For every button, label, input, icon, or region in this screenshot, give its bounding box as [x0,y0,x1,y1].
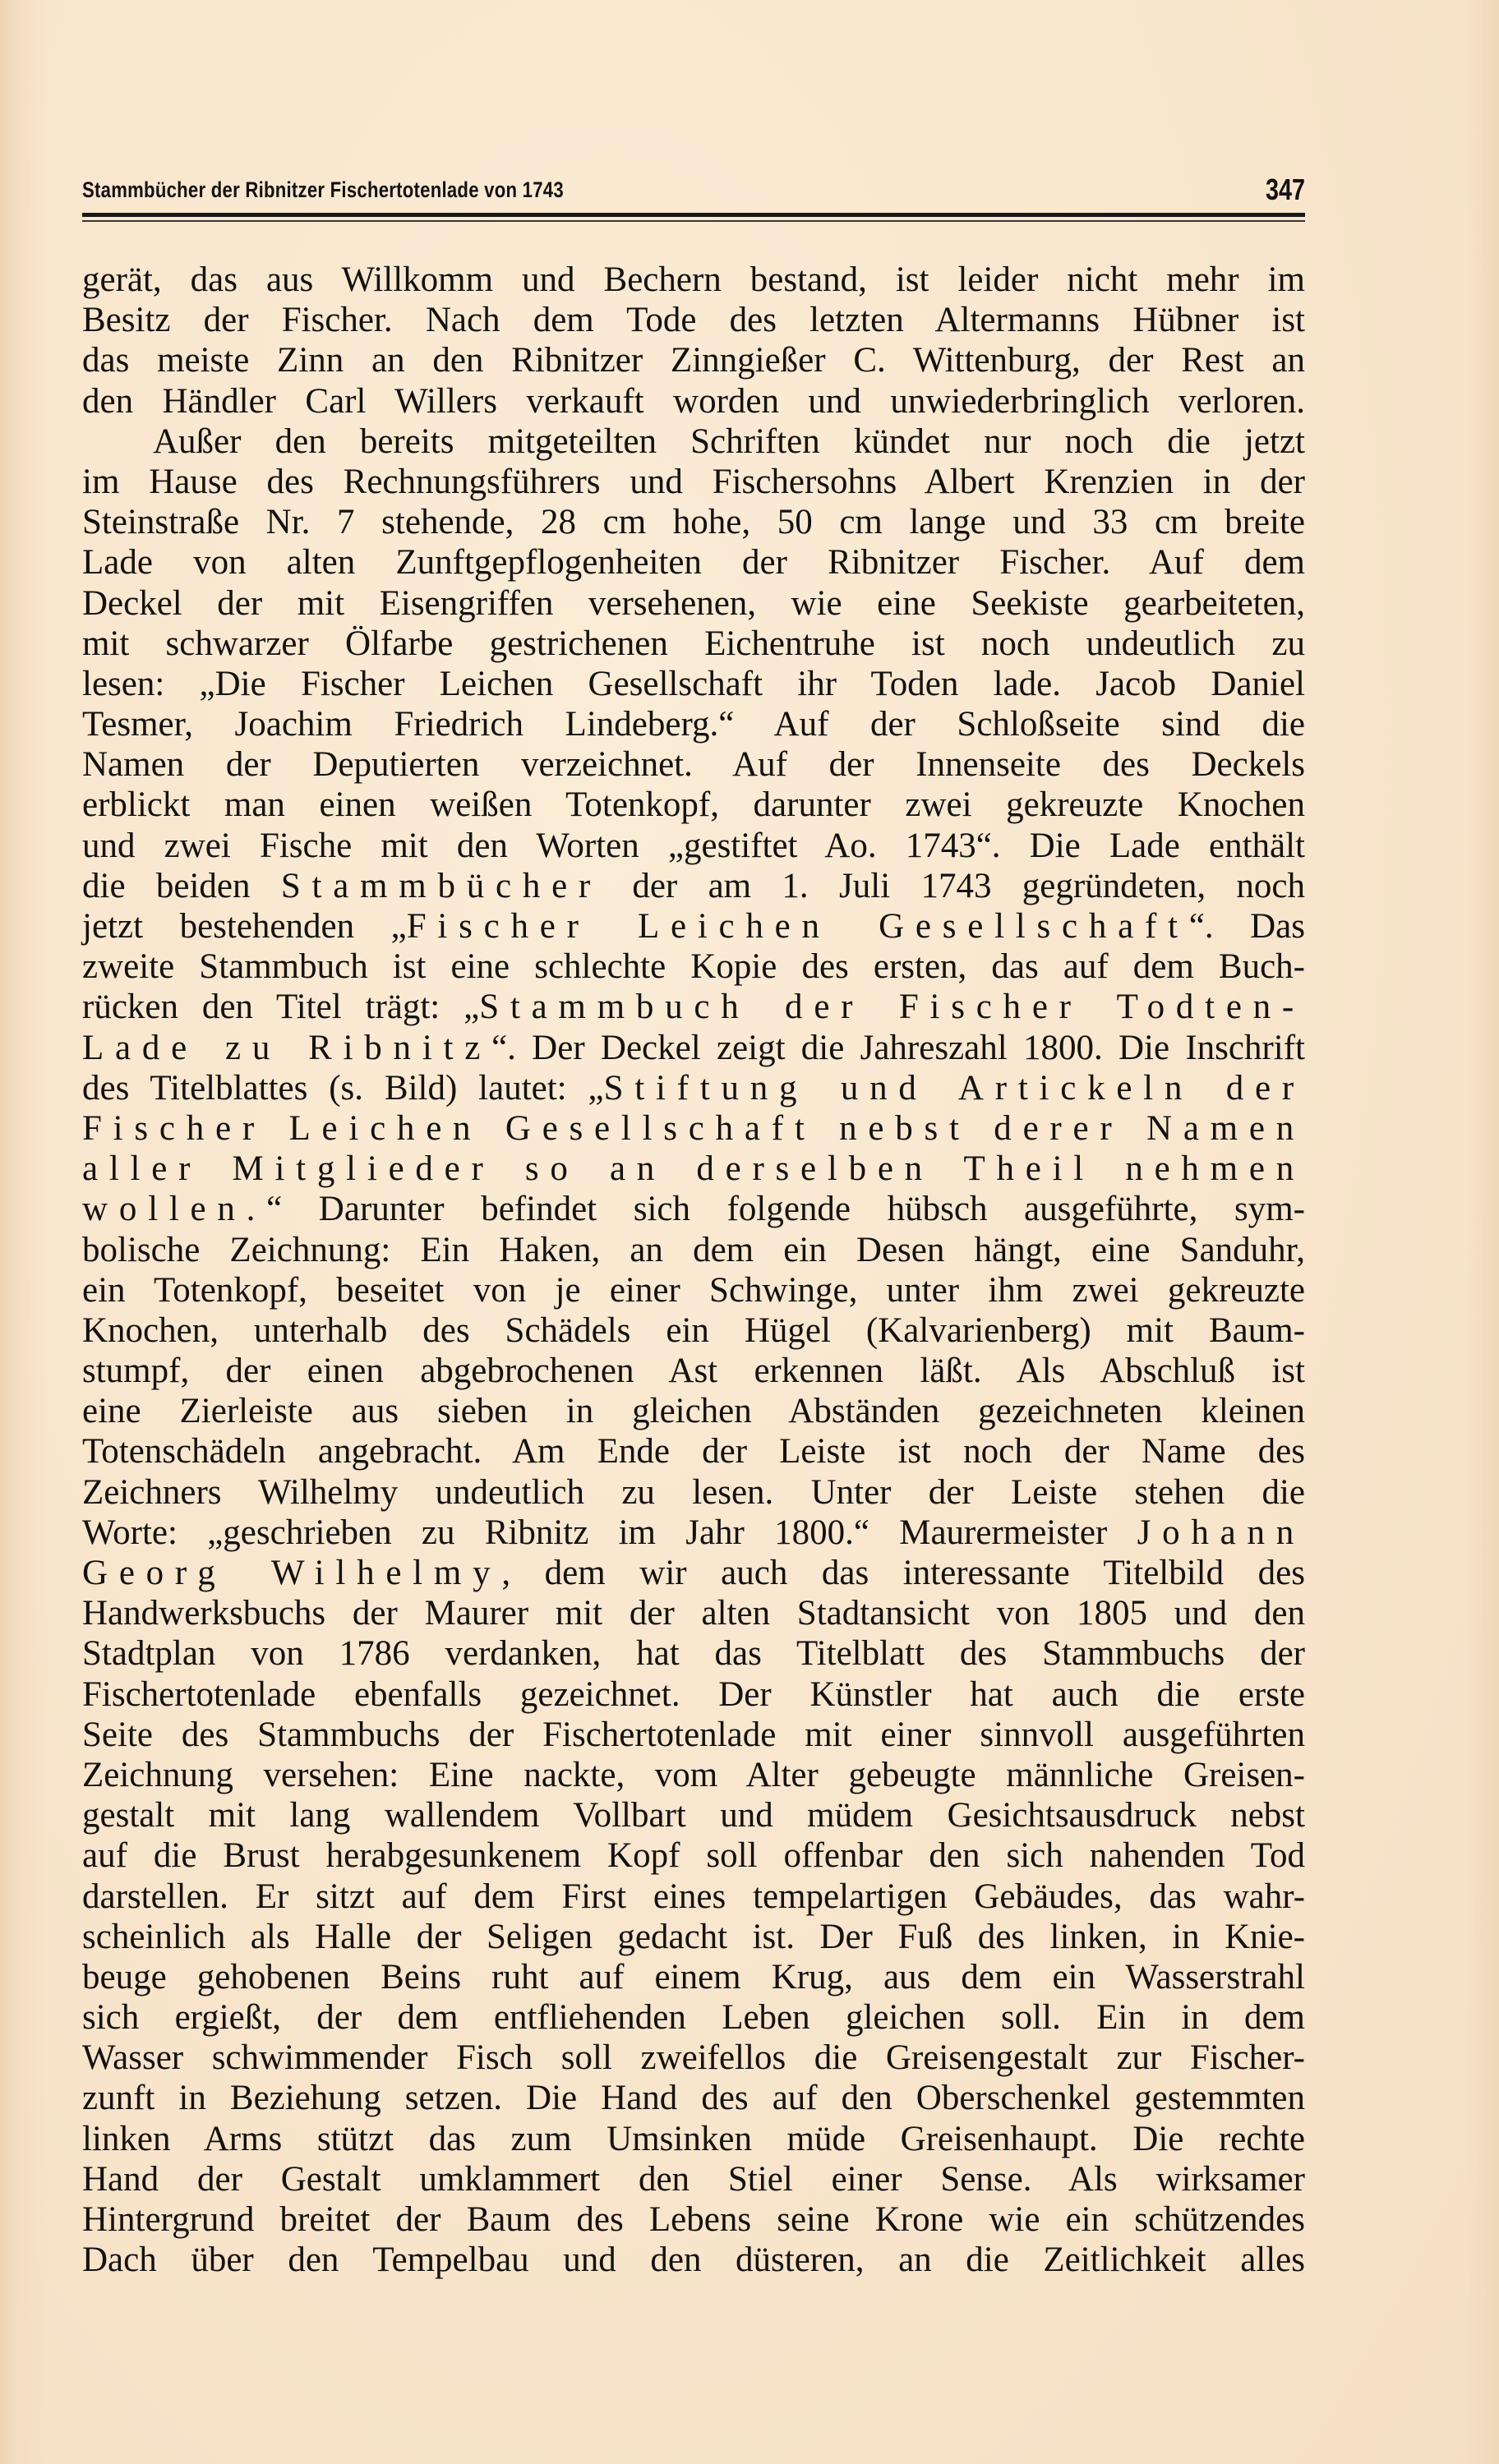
text-line: lesen: „Die Fischer Leichen Gesellschaft… [82,664,1305,704]
spaced-emphasis-text: Johann [1137,1513,1305,1552]
text-line: darstellen. Er sitzt auf dem First eines… [82,1877,1305,1917]
text-line: Hand der Gestalt umklammert den Stiel ei… [82,2159,1305,2199]
text-line: und zwei Fische mit den Worten „gestifte… [82,826,1305,866]
text-line: Seite des Stammbuchs der Fischertotenlad… [82,1715,1305,1755]
text-line: Handwerksbuchs der Maurer mit der alten … [82,1593,1305,1633]
body-text: gerät, das aus Willkomm und Bechern best… [82,260,1305,2280]
text-segment: Lade von alten Zunftgepflogenheiten der … [82,543,1305,582]
text-segment: mit schwarzer Ölfarbe gestrichenen Eiche… [82,624,1305,663]
text-segment: bolische Zeichnung: Ein Haken, an dem ei… [82,1231,1305,1269]
text-segment: gerät, das aus Willkomm und Bechern best… [82,260,1305,299]
text-segment: “. Das [1189,907,1305,946]
text-segment: den Händler Carl Willers verkauft worden… [82,382,1305,421]
text-line: Tesmer, Joachim Friedrich Lindeberg.“ Au… [82,704,1305,744]
text-line: gerät, das aus Willkomm und Bechern best… [82,260,1305,300]
text-line: Namen der Deputierten verzeichnet. Auf d… [82,744,1305,785]
text-line: Außer den bereits mitgeteilten Schriften… [82,421,1305,462]
text-segment: Zeichners Wilhelmy undeutlich zu lesen. … [82,1473,1305,1512]
text-segment: Hintergrund breitet der Baum des Lebens … [82,2200,1305,2239]
text-line: Georg Wilhelmy, dem wir auch das interes… [82,1553,1305,1593]
text-line: eine Zierleiste aus sieben in gleichen A… [82,1391,1305,1431]
header-rule-thin [82,220,1305,222]
text-segment: Worte: „geschrieben zu Ribnitz im Jahr 1… [82,1513,1137,1552]
text-line: im Hause des Rechnungsführers und Fische… [82,462,1305,502]
text-segment: das meiste Zinn an den Ribnitzer Zinngie… [82,341,1305,380]
text-segment: , dem wir auch das interessante Titelbil… [501,1554,1305,1592]
text-line: Wasser schwimmender Fisch soll zweifello… [82,2038,1305,2078]
text-segment: Hand der Gestalt umklammert den Stiel ei… [82,2160,1305,2199]
running-title: Stammbücher der Ribnitzer Fischertotenla… [82,177,564,202]
text-segment: Fischertotenlade ebenfalls gezeichnet. D… [82,1675,1305,1714]
text-segment: und zwei Fische mit den Worten „gestifte… [82,827,1305,865]
page-number: 347 [1266,174,1305,205]
text-line: Deckel der mit Eisengriffen versehenen, … [82,583,1305,624]
text-segment: gestalt mit lang wallendem Vollbart und … [82,1796,1305,1835]
text-line: scheinlich als Halle der Seligen gedacht… [82,1917,1305,1957]
text-line: Fischer Leichen Gesellschaft nebst derer… [82,1108,1305,1149]
spaced-emphasis-text: wollen. [82,1190,266,1228]
text-segment: darstellen. Er sitzt auf dem First eines… [82,1877,1305,1916]
text-segment: Deckel der mit Eisengriffen versehenen, … [82,584,1305,623]
spaced-emphasis-text: Lade zu Ribnitz [82,1029,491,1067]
text-segment: Seite des Stammbuchs der Fischertotenlad… [82,1716,1305,1754]
text-line: Zeichners Wilhelmy undeutlich zu lesen. … [82,1472,1305,1513]
text-line: wollen.“ Darunter befindet sich folgende… [82,1189,1305,1229]
text-line: Steinstraße Nr. 7 stehende, 28 cm hohe, … [82,502,1305,542]
spaced-emphasis-text: Stiftung und Artickeln der [604,1069,1305,1108]
text-segment: scheinlich als Halle der Seligen gedacht… [82,1918,1305,1956]
text-line: stumpf, der einen abgebrochenen Ast erke… [82,1351,1305,1391]
text-line: Stadtplan von 1786 verdanken, hat das Ti… [82,1633,1305,1674]
text-line: Zeichnung versehen: Eine nackte, vom Alt… [82,1755,1305,1795]
text-segment: zunft in Beziehung setzen. Die Hand des … [82,2079,1305,2117]
text-segment: Stadtplan von 1786 verdanken, hat das Ti… [82,1634,1305,1673]
text-segment: Wasser schwimmender Fisch soll zweifello… [82,2038,1305,2077]
text-segment: eine Zierleiste aus sieben in gleichen A… [82,1392,1305,1430]
spaced-emphasis-text: Stammbuch der Fischer Todten- [479,988,1305,1026]
text-segment: jetzt bestehenden „ [82,907,407,946]
text-segment: Dach über den Tempelbau und den düsteren… [82,2241,1305,2279]
text-segment: Steinstraße Nr. 7 stehende, 28 cm hohe, … [82,503,1305,541]
text-line: zunft in Beziehung setzen. Die Hand des … [82,2078,1305,2118]
text-line: beuge gehobenen Beins ruht auf einem Kru… [82,1957,1305,1997]
text-segment: die beiden [82,867,281,905]
scanned-book-page: Stammbücher der Ribnitzer Fischertotenla… [0,0,1499,2464]
text-segment: beuge gehobenen Beins ruht auf einem Kru… [82,1958,1305,1997]
text-line: rücken den Titel trägt: „Stammbuch der F… [82,987,1305,1027]
text-line: Lade zu Ribnitz“. Der Deckel zeigt die J… [82,1028,1305,1068]
text-line: jetzt bestehenden „Fischer Leichen Gesel… [82,906,1305,946]
text-segment: Handwerksbuchs der Maurer mit der alten … [82,1594,1305,1633]
text-line: ein Totenkopf, beseitet von je einer Sch… [82,1270,1305,1310]
text-segment: sich ergießt, der dem entfliehenden Lebe… [82,1998,1305,2037]
header-rule-thick [82,213,1305,217]
text-line: Totenschädeln angebracht. Am Ende der Le… [82,1431,1305,1471]
text-segment: im Hause des Rechnungsführers und Fische… [82,463,1305,501]
text-line: erblickt man einen weißen Totenkopf, dar… [82,785,1305,825]
text-segment: Knochen, unterhalb des Schädels ein Hüge… [82,1311,1305,1350]
text-line: das meiste Zinn an den Ribnitzer Zinngie… [82,340,1305,380]
text-line: Hintergrund breitet der Baum des Lebens … [82,2199,1305,2240]
text-line: bolische Zeichnung: Ein Haken, an dem ei… [82,1230,1305,1270]
spaced-emphasis-text: Stammbücher [281,867,602,905]
spaced-emphasis-text: Fischer Leichen Gesellschaft nebst derer… [82,1109,1305,1148]
text-line: Knochen, unterhalb des Schädels ein Hüge… [82,1310,1305,1351]
text-segment: erblickt man einen weißen Totenkopf, dar… [82,785,1305,824]
text-line: mit schwarzer Ölfarbe gestrichenen Eiche… [82,624,1305,664]
text-segment: Besitz der Fischer. Nach dem Tode des le… [82,301,1305,339]
text-segment: “. Der Deckel zeigt die Jahreszahl 1800.… [491,1029,1305,1067]
text-line: linken Arms stützt das zum Umsinken müde… [82,2119,1305,2159]
text-line: aller Mitglieder so an derselben Theil n… [82,1149,1305,1189]
text-segment: Tesmer, Joachim Friedrich Lindeberg.“ Au… [82,705,1305,744]
text-line: sich ergießt, der dem entfliehenden Lebe… [82,1997,1305,2038]
text-segment: stumpf, der einen abgebrochenen Ast erke… [82,1352,1305,1390]
text-segment: “ Darunter befindet sich folgende hübsch… [266,1190,1305,1228]
text-segment: Außer den bereits mitgeteilten Schriften… [153,422,1305,461]
text-segment: linken Arms stützt das zum Umsinken müde… [82,2120,1305,2158]
text-segment: rücken den Titel trägt: „ [82,988,479,1026]
spaced-emphasis-text: Georg Wilhelmy [82,1554,501,1592]
text-line: die beiden Stammbücher der am 1. Juli 17… [82,866,1305,906]
text-line: Fischertotenlade ebenfalls gezeichnet. D… [82,1674,1305,1715]
spaced-emphasis-text: aller Mitglieder so an derselben Theil n… [82,1149,1305,1188]
text-segment: Totenschädeln angebracht. Am Ende der Le… [82,1432,1305,1471]
text-line: Lade von alten Zunftgepflogenheiten der … [82,542,1305,583]
text-line: gestalt mit lang wallendem Vollbart und … [82,1795,1305,1835]
text-line: Besitz der Fischer. Nach dem Tode des le… [82,300,1305,340]
text-line: des Titelblattes (s. Bild) lautet: „Stif… [82,1068,1305,1108]
text-line: Worte: „geschrieben zu Ribnitz im Jahr 1… [82,1513,1305,1553]
text-segment: auf die Brust herabgesunkenem Kopf soll … [82,1836,1305,1875]
text-line: auf die Brust herabgesunkenem Kopf soll … [82,1835,1305,1876]
spaced-emphasis-text: Fischer Leichen Gesellschaft [407,907,1189,946]
text-segment: lesen: „Die Fischer Leichen Gesellschaft… [82,665,1305,703]
text-segment: des Titelblattes (s. Bild) lautet: „ [82,1069,604,1108]
running-head: Stammbücher der Ribnitzer Fischertotenla… [82,173,1305,202]
text-line: den Händler Carl Willers verkauft worden… [82,381,1305,421]
text-line: zweite Stammbuch ist eine schlechte Kopi… [82,946,1305,987]
text-segment: Zeichnung versehen: Eine nackte, vom Alt… [82,1756,1305,1794]
text-line: Dach über den Tempelbau und den düsteren… [82,2240,1305,2280]
text-segment: der am 1. Juli 1743 gegründeten, noch [602,867,1305,905]
text-segment: ein Totenkopf, beseitet von je einer Sch… [82,1271,1305,1310]
text-segment: zweite Stammbuch ist eine schlechte Kopi… [82,947,1305,986]
text-segment: Namen der Deputierten verzeichnet. Auf d… [82,745,1305,784]
